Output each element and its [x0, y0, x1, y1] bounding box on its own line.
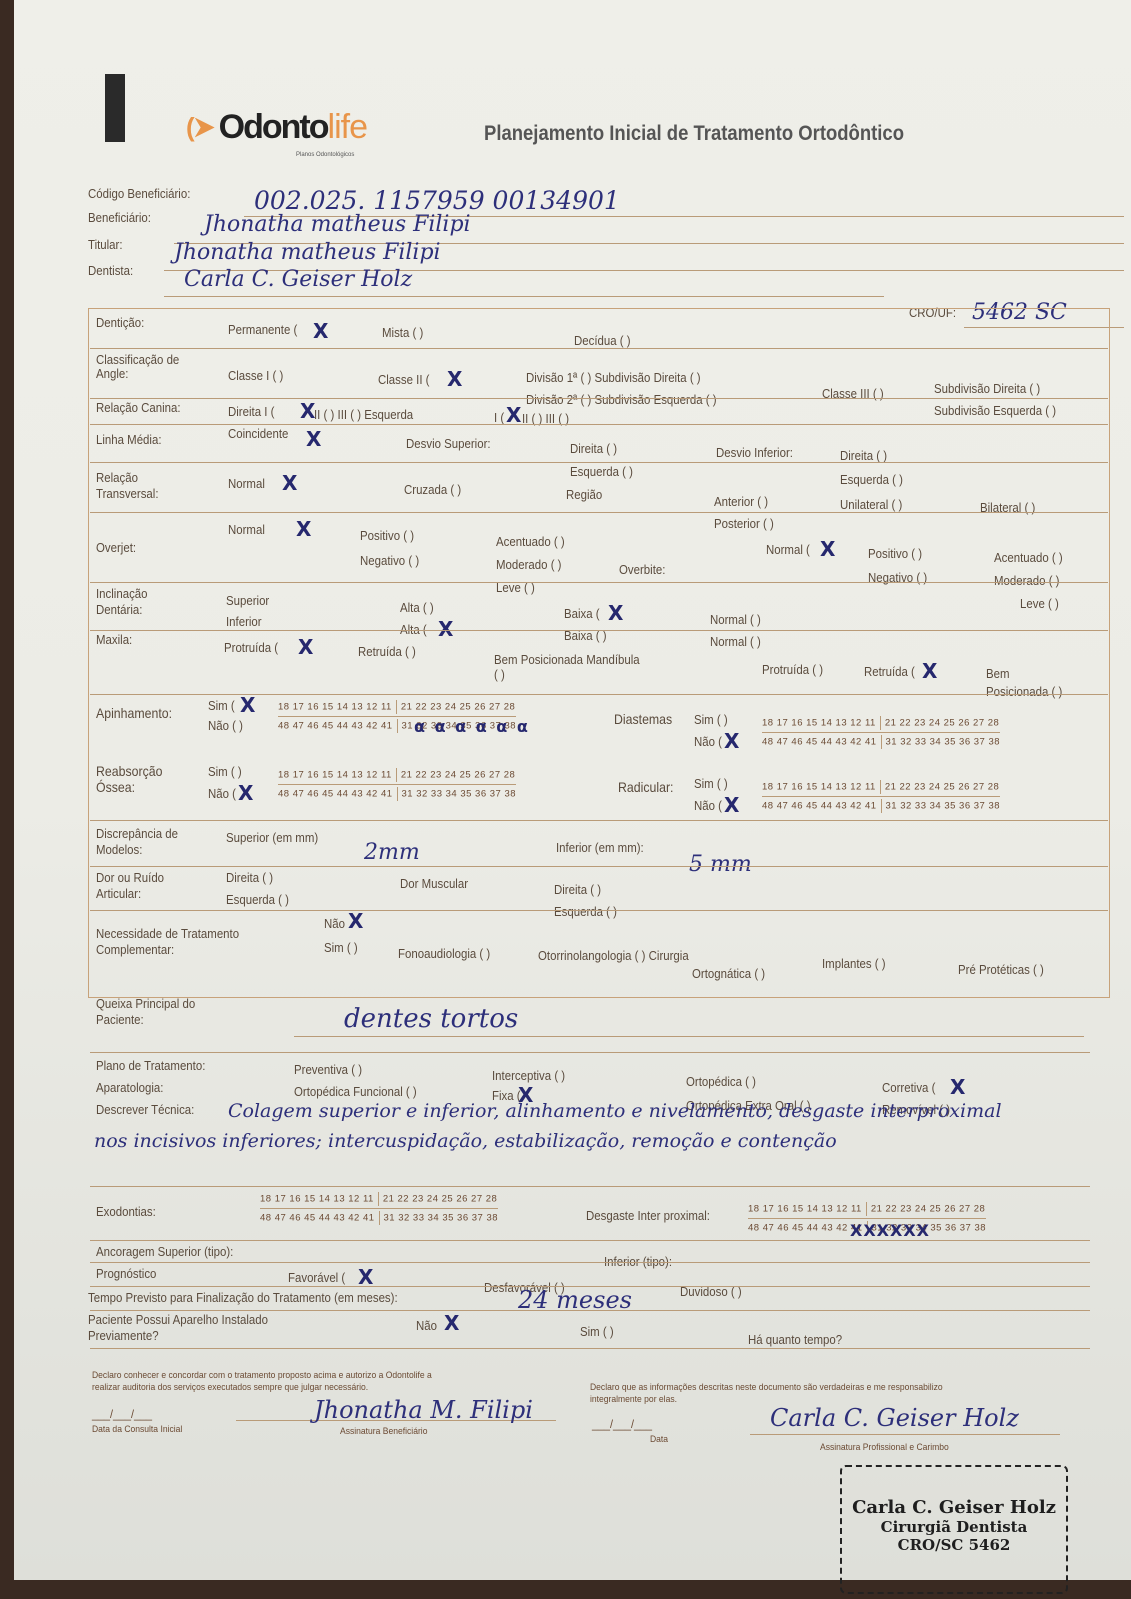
overbite-normal-option[interactable]: Normal (	[766, 542, 810, 557]
ancoragem-superior-label: Ancoragem Superior (tipo):	[96, 1244, 233, 1259]
complementar-fono-option[interactable]: Fonoaudiologia ( )	[398, 946, 490, 961]
aparelho-nao-mark: X	[444, 1314, 459, 1332]
reabsorcao-label-2: Óssea:	[96, 780, 135, 795]
discrepancia-superior-label: Superior (em mm)	[226, 830, 318, 845]
transversal-label-2: Transversal:	[96, 486, 159, 501]
desvio-inf-direita-option[interactable]: Direita ( )	[840, 448, 887, 463]
angle-label-2: Angle:	[96, 366, 128, 381]
canina-direita-rest[interactable]: II ( ) III ( ) Esquerda	[314, 407, 413, 422]
divider	[90, 1348, 1090, 1349]
linha-media-coincidente-mark: X	[306, 430, 321, 448]
divider	[90, 1186, 1090, 1187]
denticao-mista-option[interactable]: Mista ( )	[382, 325, 423, 340]
stamp-name: Carla C. Geiser Holz	[842, 1497, 1066, 1518]
inclinacao-sup-normal-option[interactable]: Normal ( )	[710, 612, 761, 627]
linha-media-label: Linha Média:	[96, 432, 162, 447]
plano-interceptiva-option[interactable]: Interceptiva ( )	[492, 1068, 565, 1083]
divider	[90, 1262, 1090, 1263]
transversal-normal-option[interactable]: Normal	[228, 476, 265, 491]
dentist-stamp: Carla C. Geiser Holz Cirurgiã Dentista C…	[840, 1465, 1068, 1594]
inclinacao-superior-label: Superior	[226, 593, 269, 608]
discrepancia-superior-value[interactable]: 2mm	[364, 840, 420, 865]
radicular-nao-mark: X	[724, 796, 739, 814]
denticao-permanente-mark: X	[313, 322, 328, 340]
beneficiario-label: Beneficiário:	[88, 210, 151, 225]
apinhamento-label: Apinhamento:	[96, 706, 172, 721]
canina-esquerda-I-option[interactable]: I (	[494, 410, 504, 425]
inclinacao-inf-alta-mark: X	[438, 620, 453, 638]
dentista-value[interactable]: Carla C. Geiser Holz	[184, 267, 412, 292]
denticao-decidua-option[interactable]: Decídua ( )	[574, 333, 631, 348]
assinatura-profissional[interactable]: Carla C. Geiser Holz	[770, 1404, 1019, 1432]
desvio-superior-label: Desvio Superior:	[406, 436, 491, 451]
maxila-label: Maxila:	[96, 632, 132, 647]
maxila-protruida-mark: X	[298, 638, 313, 656]
angle-subdir-option[interactable]: Subdivisão Direita ( )	[934, 381, 1040, 396]
linha-media-coincidente-option[interactable]: Coincidente	[228, 426, 288, 441]
overjet-normal-mark: X	[296, 520, 311, 538]
overjet-normal-option[interactable]: Normal	[228, 522, 265, 537]
transversal-regiao-label: Região	[566, 487, 602, 502]
denticao-label: Dentição:	[96, 315, 144, 330]
tempo-label: Tempo Previsto para Finalização do Trata…	[88, 1290, 398, 1305]
transversal-cruzada-option[interactable]: Cruzada ( )	[404, 482, 461, 497]
mandibula-retruida-option[interactable]: Retruída (	[864, 664, 915, 679]
reabsorcao-nao-mark: X	[238, 784, 253, 802]
maxila-bem-posicionada-option[interactable]: Bem Posicionada Mandíbula	[494, 652, 640, 667]
mandibula-retruida-mark: X	[922, 662, 937, 680]
logo-text-odonto: Odonto	[219, 108, 328, 147]
dor-muscular-label: Dor Muscular	[400, 876, 468, 891]
complementar-otorrino-cirurgia-option[interactable]: Otorrinolangologia ( ) Cirurgia	[538, 948, 689, 963]
angle-div2-option[interactable]: Divisão 2ª ( ) Subdivisão Esquerda ( )	[526, 392, 717, 407]
inclinacao-label-2: Dentária:	[96, 602, 142, 617]
dor-label: Dor ou Ruído	[96, 870, 164, 885]
desvio-sup-direita-option[interactable]: Direita ( )	[570, 441, 617, 456]
dentista-label: Dentista:	[88, 263, 133, 278]
tecnica-label: Descrever Técnica:	[96, 1102, 194, 1117]
angle-label: Classificação de	[96, 352, 179, 367]
overjet-label: Overjet:	[96, 540, 136, 555]
divider	[90, 398, 1108, 399]
overbite-acentuado-option[interactable]: Acentuado ( )	[994, 550, 1063, 565]
discrepancia-inferior-value[interactable]: 5 mm	[689, 852, 752, 877]
complementar-label: Necessidade de Tratamento	[96, 926, 239, 941]
divider	[90, 630, 1108, 631]
queixa-label: Queixa Principal do	[96, 996, 195, 1011]
angle-classe2-mark: X	[447, 370, 462, 388]
prognostico-label: Prognóstico	[96, 1266, 156, 1281]
maxila-bem-checkbox[interactable]: ( )	[494, 667, 505, 682]
complementar-preproteticas-option[interactable]: Pré Protéticas ( )	[958, 962, 1044, 977]
overbite-leve-option[interactable]: Leve ( )	[1020, 596, 1059, 611]
aparelho-nao-option[interactable]: Não	[416, 1318, 437, 1333]
radicular-sim-option[interactable]: Sim ( )	[694, 776, 728, 791]
aparelho-sim-option[interactable]: Sim ( )	[580, 1324, 614, 1339]
data-consulta-label: Data da Consulta Inicial	[92, 1424, 182, 1436]
queixa-line	[294, 1036, 1084, 1037]
dor-label-2: Articular:	[96, 886, 141, 901]
divider	[90, 1240, 1090, 1241]
discrepancia-inferior-label: Inferior (em mm):	[556, 840, 644, 855]
complementar-implantes-option[interactable]: Implantes ( )	[822, 956, 886, 971]
complementar-nao-option[interactable]: Não	[324, 916, 345, 931]
form-page: ( Odonto life Planos Odontológicos Plane…	[14, 0, 1131, 1580]
declaracao-profissional-line1: Declaro que as informações descritas nes…	[590, 1382, 943, 1394]
divider	[90, 462, 1108, 463]
dor-muscular-esquerda-option[interactable]: Esquerda ( )	[554, 904, 617, 919]
apinhamento-sim-option[interactable]: Sim (	[208, 698, 235, 713]
queixa-value[interactable]: dentes tortos	[344, 1004, 518, 1034]
data-label: Data	[650, 1434, 668, 1446]
teeth-upper-right: 18 17 16 15 14 13 12 11	[278, 702, 392, 713]
divider	[90, 1310, 1090, 1311]
mandibula-bem-posicionada-option[interactable]: Posicionada ( )	[986, 684, 1062, 699]
titular-value[interactable]: Jhonatha matheus Filipi	[174, 240, 441, 265]
diastemas-nao-option[interactable]: Não (	[694, 734, 722, 749]
beneficiario-value[interactable]: Jhonatha matheus Filipi	[204, 212, 471, 237]
logo-arrow-icon	[195, 118, 215, 138]
aparelho-ha-quanto-label: Há quanto tempo?	[748, 1332, 842, 1347]
radicular-nao-option[interactable]: Não (	[694, 798, 722, 813]
complementar-label-2: Complementar:	[96, 942, 174, 957]
aparatologia-ortfunc-option[interactable]: Ortopédica Funcional ( )	[294, 1084, 417, 1099]
angle-subesq-option[interactable]: Subdivisão Esquerda ( )	[934, 403, 1056, 418]
logo-subtitle: Planos Odontológicos	[296, 152, 354, 158]
dor-muscular-direita-option[interactable]: Direita ( )	[554, 882, 601, 897]
divider	[90, 424, 1108, 425]
plano-corretiva-option[interactable]: Corretiva (	[882, 1080, 935, 1095]
maxila-retruida-option[interactable]: Retruída ( )	[358, 644, 416, 659]
reabsorcao-teeth-chart[interactable]: 18 17 16 15 14 13 12 1121 22 23 24 25 26…	[278, 768, 516, 801]
tecnica-line-1[interactable]: Colagem superior e inferior, alinhamento…	[228, 1100, 1002, 1122]
transversal-anterior-option[interactable]: Anterior ( )	[714, 494, 768, 509]
desvio-sup-esquerda-option[interactable]: Esquerda ( )	[570, 464, 633, 479]
mandibula-bem-label[interactable]: Bem	[986, 666, 1010, 681]
apinhamento-sim-mark: X	[240, 696, 255, 714]
diastemas-label: Diastemas	[614, 712, 672, 727]
plano-ortopedica-option[interactable]: Ortopédica ( )	[686, 1074, 756, 1089]
exodontias-teeth-chart[interactable]: 18 17 16 15 14 13 12 1121 22 23 24 25 26…	[260, 1192, 498, 1225]
plano-label: Plano de Tratamento:	[96, 1058, 205, 1073]
divider	[90, 512, 1108, 513]
complementar-nao-mark: X	[348, 912, 363, 930]
desvio-inferior-label: Desvio Inferior:	[716, 445, 793, 460]
logo-text-life: life	[328, 108, 367, 147]
aparelho-label-2: Previamente?	[88, 1328, 159, 1343]
data-consulta-field[interactable]: ___/___/___	[92, 1408, 152, 1420]
complementar-sim-option[interactable]: Sim ( )	[324, 940, 358, 955]
codigo-value[interactable]: 002.025. 1157959 00134901	[254, 186, 620, 215]
divider	[90, 348, 1108, 349]
queixa-label-2: Paciente:	[96, 1012, 144, 1027]
divider	[90, 582, 1108, 583]
prognostico-favoravel-option[interactable]: Favorável (	[288, 1270, 345, 1285]
inclinacao-label: Inclinação	[96, 586, 148, 601]
divider	[90, 866, 1108, 867]
exodontias-label: Exodontias:	[96, 1204, 156, 1219]
overjet-positivo-option[interactable]: Positivo ( )	[360, 528, 414, 543]
plano-preventiva-option[interactable]: Preventiva ( )	[294, 1062, 362, 1077]
canina-label: Relação Canina:	[96, 400, 181, 415]
aparatologia-label: Aparatologia:	[96, 1080, 163, 1095]
codigo-label: Código Beneficiário:	[88, 186, 190, 201]
side-barcode-tag	[105, 74, 125, 142]
plano-corretiva-mark: X	[950, 1078, 965, 1096]
angle-div1-option[interactable]: Divisão 1ª ( ) Subdivisão Direita ( )	[526, 370, 701, 385]
diastemas-sim-option[interactable]: Sim ( )	[694, 712, 728, 727]
reabsorcao-label: Reabsorção	[96, 764, 162, 779]
apinhamento-nao-option[interactable]: Não ( )	[208, 718, 243, 733]
assinatura-beneficiario-label: Assinatura Beneficiário	[340, 1426, 427, 1438]
diastemas-teeth-chart[interactable]: 18 17 16 15 14 13 12 1121 22 23 24 25 26…	[762, 716, 1000, 749]
divider	[90, 910, 1108, 911]
canina-esquerda-mark: X	[506, 406, 521, 424]
inclinacao-inf-normal-option[interactable]: Normal ( )	[710, 634, 761, 649]
mandibula-protruida-option[interactable]: Protruída ( )	[762, 662, 823, 677]
assinatura-beneficiario[interactable]: Jhonatha M. Filipi	[314, 1396, 533, 1424]
odontolife-logo: ( Odonto life Planos Odontológicos	[186, 108, 367, 147]
inclinacao-inferior-label: Inferior	[226, 614, 262, 629]
teeth-lower-right: 48 47 46 45 44 43 42 41	[278, 721, 393, 732]
angle-classe2-option[interactable]: Classe II (	[378, 372, 429, 387]
inclinacao-sup-baixa-option[interactable]: Baixa (	[564, 606, 600, 621]
complementar-ortognatica-option[interactable]: Ortognática ( )	[692, 966, 765, 981]
prognostico-favoravel-mark: X	[358, 1268, 373, 1286]
transversal-normal-mark: X	[282, 474, 297, 492]
angle-classe1-option[interactable]: Classe I ( )	[228, 368, 283, 383]
dor-esquerda-option[interactable]: Esquerda ( )	[226, 892, 289, 907]
assinatura-profissional-label: Assinatura Profissional e Carimbo	[820, 1442, 949, 1454]
overjet-acentuado-option[interactable]: Acentuado ( )	[496, 534, 565, 549]
declaracao-beneficiario-line1: Declaro conhecer e concordar com o trata…	[92, 1370, 432, 1382]
transversal-label: Relação	[96, 470, 138, 485]
desgaste-teeth-marks: XXXXXX	[850, 1222, 930, 1240]
radicular-teeth-chart[interactable]: 18 17 16 15 14 13 12 1121 22 23 24 25 26…	[762, 780, 1000, 813]
page-title: Planejamento Inicial de Tratamento Ortod…	[484, 122, 904, 146]
inclinacao-sup-alta-option[interactable]: Alta ( )	[400, 600, 434, 615]
radicular-label: Radicular:	[618, 780, 673, 795]
dentista-line	[164, 296, 884, 297]
titular-label: Titular:	[88, 237, 123, 252]
assinatura-profissional-line	[750, 1434, 1060, 1435]
reabsorcao-nao-option[interactable]: Não (	[208, 786, 236, 801]
stamp-role: Cirurgiã Dentista	[842, 1518, 1066, 1536]
teeth-upper-left: 21 22 23 24 25 26 27 28	[401, 702, 516, 713]
diastemas-nao-mark: X	[724, 732, 739, 750]
stamp-cro: CRO/SC 5462	[842, 1536, 1066, 1554]
desgaste-label: Desgaste Inter proximal:	[586, 1208, 710, 1223]
overbite-label: Overbite:	[619, 562, 665, 577]
discrepancia-label: Discrepância de	[96, 826, 178, 841]
tecnica-line-2[interactable]: nos incisivos inferiores; intercuspidaçã…	[94, 1130, 837, 1152]
declaracao-profissional-line2: integralmente por elas.	[590, 1394, 677, 1406]
desvio-inf-esquerda-option[interactable]: Esquerda ( )	[840, 472, 903, 487]
overbite-positivo-option[interactable]: Positivo ( )	[868, 546, 922, 561]
logo-bracket-icon: (	[186, 112, 195, 143]
overjet-negativo-option[interactable]: Negativo ( )	[360, 553, 419, 568]
maxila-protruida-option[interactable]: Protruída (	[224, 640, 278, 655]
divider	[90, 1052, 1090, 1053]
overbite-moderado-option[interactable]: Moderado ( )	[994, 573, 1059, 588]
canina-direita-I-option[interactable]: Direita I (	[228, 404, 274, 419]
transversal-posterior-option[interactable]: Posterior ( )	[714, 516, 774, 531]
apinhamento-teeth-marks: α α α α α α	[414, 718, 530, 736]
overjet-moderado-option[interactable]: Moderado ( )	[496, 557, 561, 572]
aparelho-label: Paciente Possui Aparelho Instalado	[88, 1312, 268, 1327]
divider	[90, 820, 1108, 821]
denticao-permanente-option[interactable]: Permanente (	[228, 322, 297, 337]
data-field[interactable]: ___/___/___	[592, 1418, 652, 1430]
discrepancia-label-2: Modelos:	[96, 842, 142, 857]
dor-direita-option[interactable]: Direita ( )	[226, 870, 273, 885]
declaracao-beneficiario-line2: realizar auditoria dos serviços executad…	[92, 1382, 368, 1394]
overbite-normal-mark: X	[820, 540, 835, 558]
transversal-unilateral-option[interactable]: Unilateral ( )	[840, 497, 902, 512]
reabsorcao-sim-option[interactable]: Sim ( )	[208, 764, 242, 779]
inclinacao-sup-baixa-mark: X	[608, 604, 623, 622]
